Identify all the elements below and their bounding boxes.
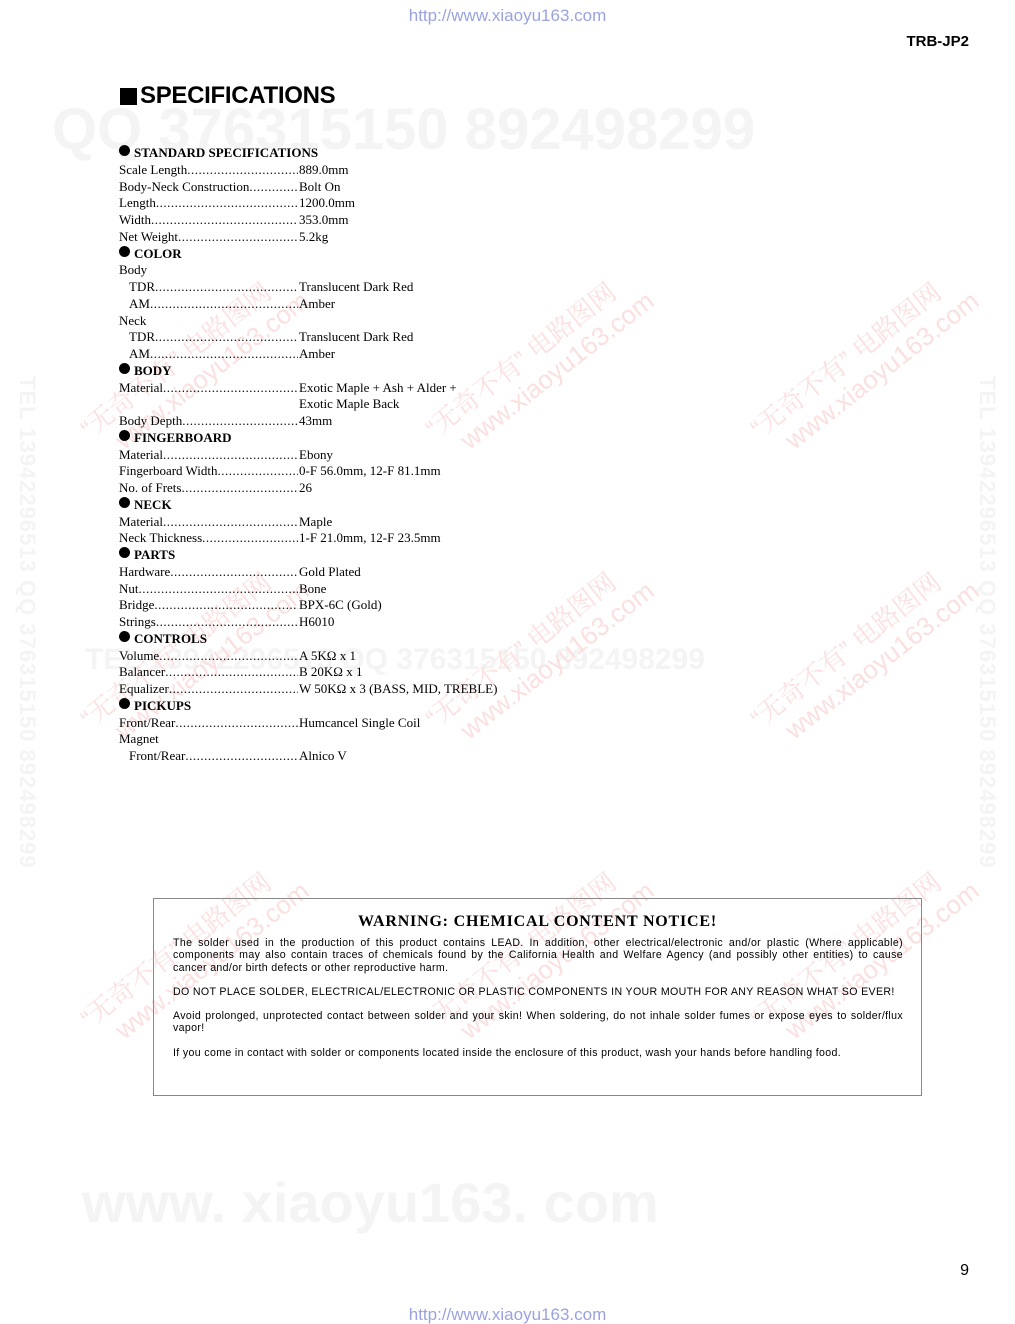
section-heading-text: NECK	[134, 497, 172, 514]
spec-row: AMAmber	[119, 296, 599, 313]
spec-value: Translucent Dark Red	[298, 279, 413, 296]
watermark-diagonal: “无奇不有” 电路图网www.xiaoyu163.com	[745, 262, 984, 468]
leader-dots	[156, 614, 298, 631]
leader-dots	[163, 447, 298, 464]
spec-row: No. of Frets26	[119, 480, 599, 497]
section-heading-text: FINGERBOARD	[134, 430, 232, 447]
section-heading-text: PICKUPS	[134, 698, 191, 715]
leader-dots	[155, 279, 298, 296]
bullet-dot-icon	[119, 698, 130, 709]
leader-dots	[165, 664, 298, 681]
square-bullet-icon	[120, 88, 137, 105]
watermark-bottom: www. xiaoyu163. com	[82, 1170, 659, 1235]
spec-row: StringsH6010	[119, 614, 599, 631]
spec-row: MaterialEbony	[119, 447, 599, 464]
leader-dots	[150, 346, 298, 363]
spec-label-text: Front/Rear	[119, 715, 175, 732]
section-heading: COLOR	[119, 246, 599, 263]
spec-label-text: Material	[119, 514, 163, 531]
leader-dots	[150, 296, 298, 313]
spec-value: 353.0mm	[298, 212, 348, 229]
spec-row: Width353.0mm	[119, 212, 599, 229]
spec-label: Body-Neck Construction	[119, 179, 298, 196]
spec-value: 5.2kg	[298, 229, 328, 246]
spec-group-label: Magnet	[119, 731, 599, 748]
spec-label: Front/Rear	[119, 715, 298, 732]
spec-value: 43mm	[298, 413, 332, 430]
section-heading: FINGERBOARD	[119, 430, 599, 447]
spacer	[119, 396, 298, 413]
spec-label: TDR	[119, 329, 298, 346]
spec-label-text: Strings	[119, 614, 156, 631]
spec-label-text: Volume	[119, 648, 159, 665]
leader-dots	[202, 530, 298, 547]
spec-label: No. of Frets	[119, 480, 298, 497]
leader-dots	[163, 380, 298, 397]
leader-dots	[163, 514, 298, 531]
chemical-warning-box: WARNING: CHEMICAL CONTENT NOTICE! The so…	[153, 898, 922, 1096]
leader-dots	[156, 195, 298, 212]
spec-value: B 20KΩ x 1	[298, 664, 362, 681]
spec-value: Ebony	[298, 447, 333, 464]
leader-dots	[175, 715, 298, 732]
spec-label: Net Weight	[119, 229, 298, 246]
bullet-dot-icon	[119, 363, 130, 374]
section-heading-text: COLOR	[134, 246, 182, 263]
spec-label-text: AM	[129, 296, 150, 313]
warning-paragraph: The solder used in the production of thi…	[173, 937, 903, 974]
spec-label: Fingerboard Width	[119, 463, 298, 480]
spec-value: Amber	[298, 296, 335, 313]
spec-label-text: Scale Length	[119, 162, 187, 179]
spec-label: Hardware	[119, 564, 298, 581]
spec-label: Material	[119, 447, 298, 464]
spec-row: BridgeBPX-6C (Gold)	[119, 597, 599, 614]
spec-group-label: Neck	[119, 313, 599, 330]
spec-label-text: Material	[119, 380, 163, 397]
spec-label-text: Bridge	[119, 597, 154, 614]
spec-value: H6010	[298, 614, 334, 631]
leader-dots	[159, 648, 298, 665]
spec-value: W 50KΩ x 3 (BASS, MID, TREBLE)	[298, 681, 497, 698]
section-heading-text: STANDARD SPECIFICATIONS	[134, 145, 318, 162]
spec-label-text: Hardware	[119, 564, 170, 581]
section-heading: CONTROLS	[119, 631, 599, 648]
spec-label-text: TDR	[129, 279, 155, 296]
spec-label: TDR	[119, 279, 298, 296]
leader-dots	[178, 229, 298, 246]
model-number: TRB-JP2	[906, 33, 969, 50]
spec-label: Width	[119, 212, 298, 229]
spec-row: Front/RearHumcancel Single Coil	[119, 715, 599, 732]
spec-row: Length1200.0mm	[119, 195, 599, 212]
spec-row: HardwareGold Plated	[119, 564, 599, 581]
section-heading-text: BODY	[134, 363, 172, 380]
spec-label-text: Net Weight	[119, 229, 178, 246]
spec-row-continuation: Exotic Maple Back	[119, 396, 599, 413]
leader-dots	[169, 681, 298, 698]
page-title-text: SPECIFICATIONS	[140, 82, 335, 110]
specifications-list: STANDARD SPECIFICATIONSScale Length889.0…	[119, 145, 599, 765]
spec-label-text: Nut	[119, 581, 139, 598]
spec-value: A 5KΩ x 1	[298, 648, 356, 665]
spec-label-text: Body-Neck Construction	[119, 179, 249, 196]
spec-value: 0-F 56.0mm, 12-F 81.1mm	[298, 463, 441, 480]
spec-label: Equalizer	[119, 681, 298, 698]
spec-value: 26	[298, 480, 312, 497]
warning-paragraph: If you come in contact with solder or co…	[173, 1047, 903, 1059]
spec-value: Maple	[298, 514, 332, 531]
spec-label: Balancer	[119, 664, 298, 681]
spec-label-text: AM	[129, 346, 150, 363]
spec-label: Volume	[119, 648, 298, 665]
leader-dots	[182, 413, 298, 430]
spec-label: Neck Thickness	[119, 530, 298, 547]
leader-dots	[181, 480, 298, 497]
leader-dots	[170, 564, 298, 581]
spec-value: BPX-6C (Gold)	[298, 597, 382, 614]
spec-value: 1-F 21.0mm, 12-F 23.5mm	[298, 530, 441, 547]
spec-row: VolumeA 5KΩ x 1	[119, 648, 599, 665]
spec-label-text: Balancer	[119, 664, 165, 681]
source-url-top[interactable]: http://www.xiaoyu163.com	[0, 6, 1015, 26]
spec-value: Amber	[298, 346, 335, 363]
section-heading: BODY	[119, 363, 599, 380]
spec-value: Humcancel Single Coil	[298, 715, 420, 732]
spec-row: Neck Thickness1-F 21.0mm, 12-F 23.5mm	[119, 530, 599, 547]
spec-value: 1200.0mm	[298, 195, 355, 212]
spec-label: Scale Length	[119, 162, 298, 179]
page-title: SPECIFICATIONS	[120, 82, 335, 110]
spec-value: Exotic Maple Back	[298, 396, 399, 413]
spec-row: Body Depth43mm	[119, 413, 599, 430]
spec-value: Translucent Dark Red	[298, 329, 413, 346]
spec-row: Net Weight5.2kg	[119, 229, 599, 246]
spec-label: Nut	[119, 581, 298, 598]
spec-row: TDRTranslucent Dark Red	[119, 329, 599, 346]
spec-row: Front/RearAlnico V	[119, 748, 599, 765]
spec-row: MaterialExotic Maple + Ash + Alder +	[119, 380, 599, 397]
leader-dots	[185, 748, 298, 765]
bullet-dot-icon	[119, 547, 130, 558]
spec-label-text: Width	[119, 212, 151, 229]
source-url-bottom[interactable]: http://www.xiaoyu163.com	[0, 1305, 1015, 1324]
spec-value: Bone	[298, 581, 326, 598]
spec-value: Alnico V	[298, 748, 347, 765]
spec-label-text: Neck Thickness	[119, 530, 202, 547]
spec-label: Bridge	[119, 597, 298, 614]
spec-label-text: Length	[119, 195, 156, 212]
spec-label: Material	[119, 380, 298, 397]
page-number: 9	[960, 1262, 969, 1280]
spec-row: TDRTranslucent Dark Red	[119, 279, 599, 296]
section-heading: PICKUPS	[119, 698, 599, 715]
leader-dots	[218, 463, 298, 480]
spec-label-text: TDR	[129, 329, 155, 346]
watermark-vertical-left: TEL 13942296513 QQ 376315150 892498299	[14, 376, 40, 869]
spec-label: AM	[119, 346, 298, 363]
spec-row: Scale Length889.0mm	[119, 162, 599, 179]
section-heading: NECK	[119, 497, 599, 514]
spec-row: Body-Neck ConstructionBolt On	[119, 179, 599, 196]
spec-label: Body Depth	[119, 413, 298, 430]
spec-label: AM	[119, 296, 298, 313]
spec-label: Length	[119, 195, 298, 212]
spec-label-text: Front/Rear	[129, 748, 185, 765]
spec-value: Gold Plated	[298, 564, 361, 581]
section-heading: PARTS	[119, 547, 599, 564]
leader-dots	[155, 329, 298, 346]
bullet-dot-icon	[119, 497, 130, 508]
section-heading-text: PARTS	[134, 547, 175, 564]
bullet-dot-icon	[119, 145, 130, 156]
spec-value: Bolt On	[298, 179, 341, 196]
section-heading: STANDARD SPECIFICATIONS	[119, 145, 599, 162]
bullet-dot-icon	[119, 246, 130, 257]
warning-paragraph: Avoid prolonged, unprotected contact bet…	[173, 1010, 903, 1035]
leader-dots	[139, 581, 299, 598]
leader-dots	[249, 179, 298, 196]
spec-label-text: Fingerboard Width	[119, 463, 218, 480]
spec-label-text: Equalizer	[119, 681, 169, 698]
spec-group-label: Body	[119, 262, 599, 279]
spec-row: AMAmber	[119, 346, 599, 363]
spec-row: MaterialMaple	[119, 514, 599, 531]
spec-label-text: No. of Frets	[119, 480, 181, 497]
watermark-diagonal: “无奇不有” 电路图网www.xiaoyu163.com	[745, 552, 984, 758]
spec-value: Exotic Maple + Ash + Alder +	[298, 380, 457, 397]
spec-label-text: Material	[119, 447, 163, 464]
spec-label-text: Body Depth	[119, 413, 182, 430]
leader-dots	[154, 597, 298, 614]
bullet-dot-icon	[119, 631, 130, 642]
spec-label: Front/Rear	[119, 748, 298, 765]
spec-row: BalancerB 20KΩ x 1	[119, 664, 599, 681]
warning-title: WARNING: CHEMICAL CONTENT NOTICE!	[154, 913, 921, 931]
spec-row: NutBone	[119, 581, 599, 598]
leader-dots	[187, 162, 298, 179]
watermark-vertical-right: TEL 13942296513 QQ 376315150 892498299	[974, 376, 1000, 869]
spec-row: Fingerboard Width0-F 56.0mm, 12-F 81.1mm	[119, 463, 599, 480]
section-heading-text: CONTROLS	[134, 631, 207, 648]
leader-dots	[151, 212, 298, 229]
spec-row: EqualizerW 50KΩ x 3 (BASS, MID, TREBLE)	[119, 681, 599, 698]
spec-value: 889.0mm	[298, 162, 348, 179]
warning-paragraph: DO NOT PLACE SOLDER, ELECTRICAL/ELECTRON…	[173, 986, 903, 998]
bullet-dot-icon	[119, 430, 130, 441]
spec-label: Material	[119, 514, 298, 531]
spec-label: Strings	[119, 614, 298, 631]
